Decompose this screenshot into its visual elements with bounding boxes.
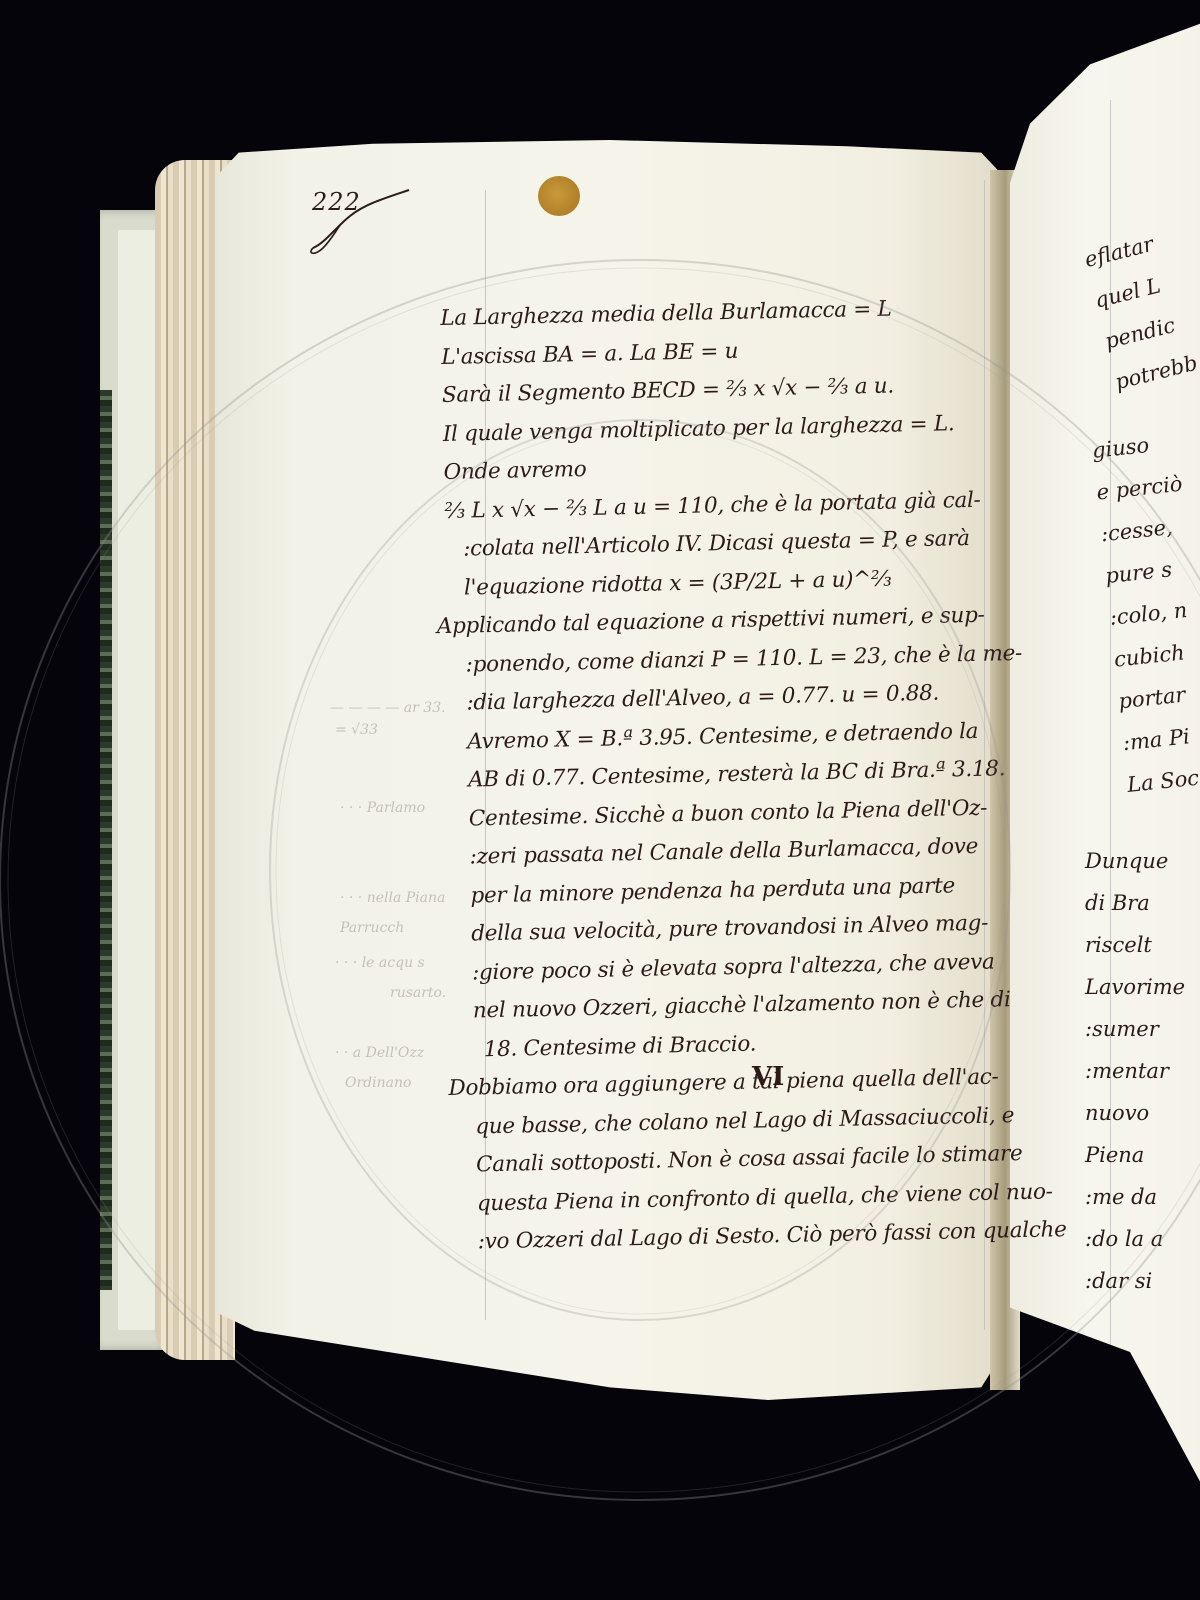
text-line: riscelt: [1085, 924, 1200, 966]
bleed-through-text: Ordinano: [345, 1075, 411, 1091]
manuscript-text-block: La Larghezza media della Burlamacca = L …: [440, 288, 1020, 1262]
bleed-through-text: — — — — ar 33.: [330, 700, 446, 716]
bleed-through-text: · · · nella Piana: [340, 890, 445, 906]
bleed-through-text: rusarto.: [390, 985, 446, 1001]
right-page-text-fragments: Dunque di Bra riscelt Lavorime :sumer :m…: [1085, 840, 1200, 1302]
text-line: :me da: [1085, 1176, 1200, 1218]
text-line: Piena: [1085, 1134, 1200, 1176]
bleed-through-text: · · a Dell'Ozz: [335, 1045, 424, 1061]
bleed-through-text: · · · Parlamo: [340, 800, 425, 816]
text-line: :sumer: [1085, 1008, 1200, 1050]
text-line: :do la a: [1085, 1218, 1200, 1260]
folio-number: 222: [312, 188, 361, 216]
text-line: :dar si: [1085, 1260, 1200, 1302]
bleed-through-text: = √33: [335, 722, 378, 738]
text-line: :mentar: [1085, 1050, 1200, 1092]
bleed-through-text: Parrucch: [340, 920, 404, 936]
bleed-through-text: · · · le acqu s: [335, 955, 425, 971]
marbled-cover-edge: [100, 390, 112, 1290]
text-line: di Bra: [1085, 882, 1200, 924]
text-line: nuovo: [1085, 1092, 1200, 1134]
text-line: Lavorime: [1085, 966, 1200, 1008]
manuscript-photo: 222 — — — — ar 33. = √33 · · · Parlamo ·…: [0, 0, 1200, 1600]
text-line: Dunque: [1085, 840, 1200, 882]
section-marker: VI: [752, 1062, 784, 1092]
ink-stain: [538, 176, 580, 216]
